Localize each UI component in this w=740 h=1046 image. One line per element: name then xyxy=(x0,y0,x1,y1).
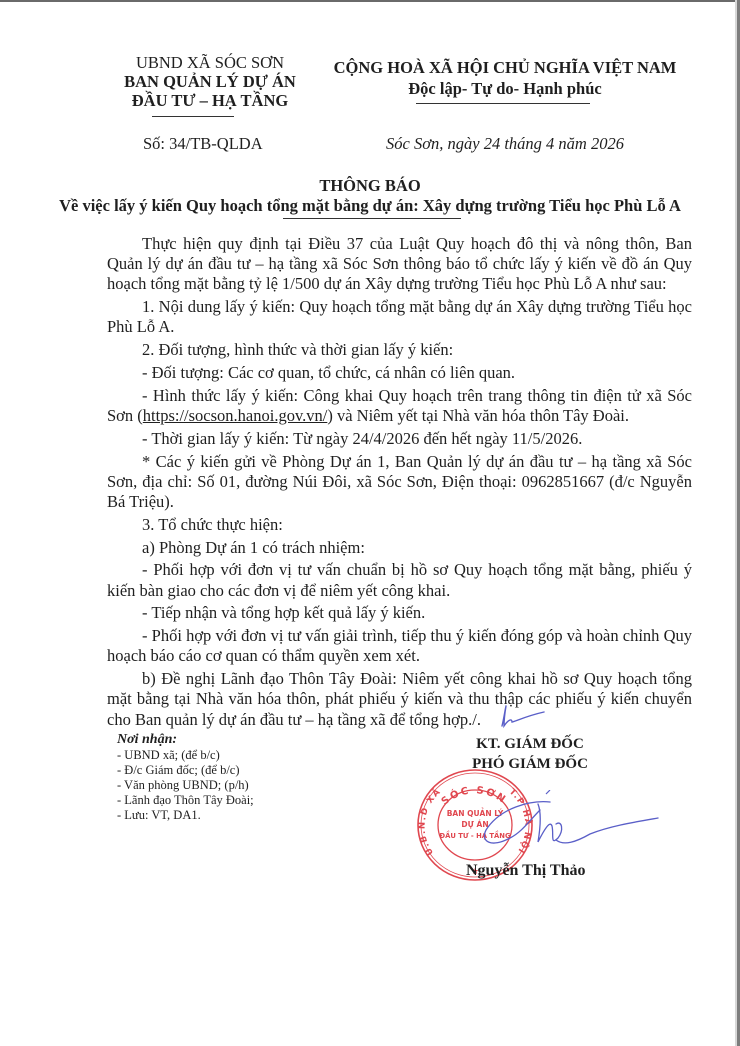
handwritten-signature-icon xyxy=(480,790,660,860)
signature-on-behalf: KT. GIÁM ĐỐC xyxy=(440,734,620,754)
form-text-suffix: ) và Niêm yết tại Nhà văn hóa thôn Tây Đ… xyxy=(327,406,629,425)
section-3a-item: - Phối hợp với đơn vị tư vấn chuẩn bị hồ… xyxy=(107,560,692,600)
national-motto: Độc lập- Tự do- Hạnh phúc xyxy=(320,78,690,99)
initial-scribble-icon xyxy=(498,704,548,730)
recipient-item: - Đ/c Giám đốc; (để b/c) xyxy=(117,763,254,778)
signer-name: Nguyễn Thị Thảo xyxy=(466,862,585,880)
document-body: Thực hiện quy định tại Điều 37 của Luật … xyxy=(107,234,692,732)
national-header: CỘNG HOÀ XÃ HỘI CHỦ NGHĨA VIỆT NAM Độc l… xyxy=(320,57,690,99)
section-3-heading: 3. Tổ chức thực hiện: xyxy=(107,515,692,535)
section-3a-heading: a) Phòng Dự án 1 có trách nhiệm: xyxy=(107,538,692,558)
issuing-authority: UBND XÃ SÓC SƠN BAN QUẢN LÝ DỰ ÁN ĐẦU TƯ… xyxy=(100,53,320,110)
authority-name: UBND XÃ SÓC SƠN xyxy=(100,53,320,72)
section-2-time: - Thời gian lấy ý kiến: Từ ngày 24/4/202… xyxy=(107,429,692,449)
scan-top-edge xyxy=(0,0,740,2)
section-2-contact: * Các ý kiến gửi về Phòng Dự án 1, Ban Q… xyxy=(107,452,692,513)
recipient-item: - Lưu: VT, DA1. xyxy=(117,808,254,823)
place-and-date: Sóc Sơn, ngày 24 tháng 4 năm 2026 xyxy=(386,134,624,154)
section-2-form: - Hình thức lấy ý kiến: Công khai Quy ho… xyxy=(107,386,692,426)
section-1-content: 1. Nội dung lấy ý kiến: Quy hoạch tổng m… xyxy=(107,297,692,337)
document-number: Số: 34/TB-QLDA xyxy=(143,134,263,154)
nation-name: CỘNG HOÀ XÃ HỘI CHỦ NGHĨA VIỆT NAM xyxy=(320,57,690,78)
section-3a-item: - Tiếp nhận và tổng hợp kết quả lấy ý ki… xyxy=(107,603,692,623)
org-name-line2: ĐẦU TƯ – HẠ TẦNG xyxy=(100,91,320,110)
recipient-item: - Văn phòng UBND; (p/h) xyxy=(117,778,254,793)
section-3b: b) Đề nghị Lãnh đạo Thôn Tây Đoài: Niêm … xyxy=(107,669,692,730)
document-subtitle: Về việc lấy ý kiến Quy hoạch tổng mặt bằ… xyxy=(0,196,740,216)
recipients-block: Nơi nhận: - UBND xã; (để b/c) - Đ/c Giám… xyxy=(117,731,254,823)
section-2-subject: - Đối tượng: Các cơ quan, tổ chức, cá nh… xyxy=(107,363,692,383)
subtitle-underline xyxy=(283,218,461,219)
intro-paragraph: Thực hiện quy định tại Điều 37 của Luật … xyxy=(107,234,692,295)
org-underline xyxy=(152,116,234,117)
website-link[interactable]: https://socson.hanoi.gov.vn/ xyxy=(143,406,328,425)
section-3a-item: - Phối hợp với đơn vị tư vấn giải trình,… xyxy=(107,626,692,666)
org-name-line1: BAN QUẢN LÝ DỰ ÁN xyxy=(100,72,320,91)
document-title: THÔNG BÁO xyxy=(0,176,740,196)
recipient-item: - Lãnh đạo Thôn Tây Đoài; xyxy=(117,793,254,808)
section-2-heading: 2. Đối tượng, hình thức và thời gian lấy… xyxy=(107,340,692,360)
motto-underline xyxy=(416,103,590,104)
recipients-heading: Nơi nhận: xyxy=(117,731,254,748)
recipient-item: - UBND xã; (để b/c) xyxy=(117,748,254,763)
